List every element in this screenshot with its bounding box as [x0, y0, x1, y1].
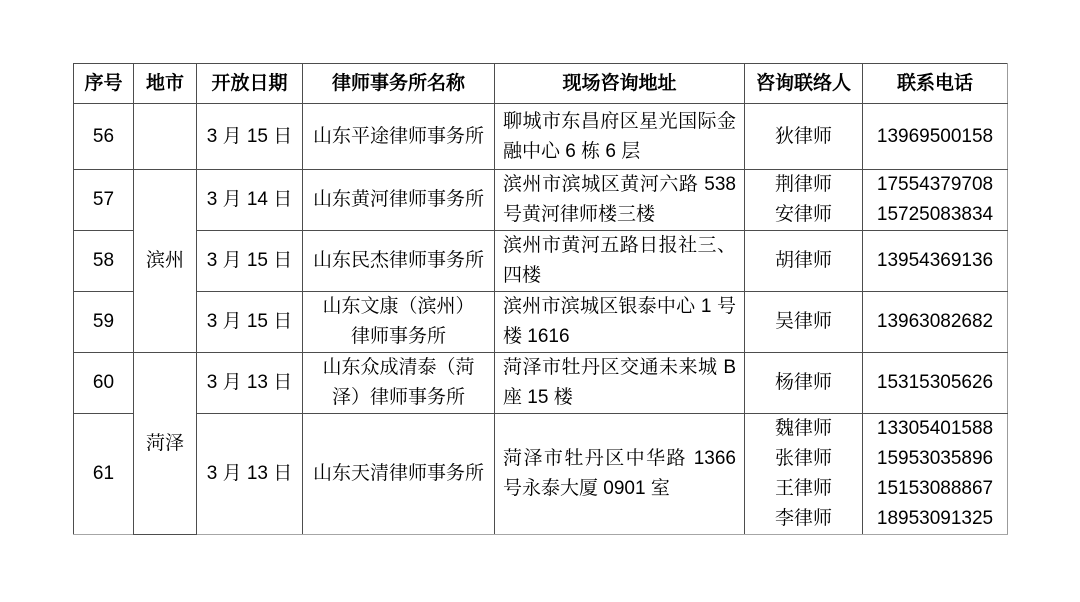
cell-date: 3 月 15 日 [197, 231, 303, 292]
header-address: 现场咨询地址 [495, 64, 745, 104]
header-city: 地市 [134, 64, 197, 104]
law-firm-table: 序号 地市 开放日期 律师事务所名称 现场咨询地址 咨询联络人 联系电话 56 … [73, 63, 1008, 535]
cell-contact: 荆律师 安律师 [745, 170, 863, 231]
cell-address: 菏泽市牡丹区交通未来城 B 座 15 楼 [495, 353, 745, 414]
cell-phone: 13969500158 [863, 104, 1008, 170]
cell-phone: 15315305626 [863, 353, 1008, 414]
cell-phone: 13954369136 [863, 231, 1008, 292]
table-row-57: 57 滨州 3 月 14 日 山东黄河律师事务所 滨州市滨城区黄河六路 538 … [74, 170, 1008, 231]
cell-contact: 魏律师 张律师 王律师 李律师 [745, 414, 863, 535]
cell-date: 3 月 14 日 [197, 170, 303, 231]
cell-phone: 17554379708 15725083834 [863, 170, 1008, 231]
cell-serial: 61 [74, 414, 134, 535]
cell-phone: 13963082682 [863, 292, 1008, 353]
cell-firm: 山东众成清泰（菏 泽）律师事务所 [303, 353, 495, 414]
cell-serial: 58 [74, 231, 134, 292]
header-serial: 序号 [74, 64, 134, 104]
cell-address: 滨州市黄河五路日报社三、四楼 [495, 231, 745, 292]
table-row-58: 58 3 月 15 日 山东民杰律师事务所 滨州市黄河五路日报社三、四楼 胡律师… [74, 231, 1008, 292]
cell-address: 聊城市东昌府区星光国际金融中心 6 栋 6 层 [495, 104, 745, 170]
cell-phone: 13305401588 15953035896 15153088867 1895… [863, 414, 1008, 535]
cell-firm: 山东民杰律师事务所 [303, 231, 495, 292]
cell-address: 滨州市滨城区黄河六路 538 号黄河律师楼三楼 [495, 170, 745, 231]
cell-date: 3 月 15 日 [197, 104, 303, 170]
cell-address: 菏泽市牡丹区中华路 1366 号永泰大厦 0901 室 [495, 414, 745, 535]
cell-city-heze: 菏泽 [134, 353, 197, 535]
header-contact: 咨询联络人 [745, 64, 863, 104]
cell-firm: 山东天清律师事务所 [303, 414, 495, 535]
table-row-59: 59 3 月 15 日 山东文康（滨州） 律师事务所 滨州市滨城区银泰中心 1 … [74, 292, 1008, 353]
cell-contact: 吴律师 [745, 292, 863, 353]
cell-contact: 杨律师 [745, 353, 863, 414]
cell-date: 3 月 13 日 [197, 414, 303, 535]
header-firm-name: 律师事务所名称 [303, 64, 495, 104]
table-row-60: 60 菏泽 3 月 13 日 山东众成清泰（菏 泽）律师事务所 菏泽市牡丹区交通… [74, 353, 1008, 414]
cell-date: 3 月 15 日 [197, 292, 303, 353]
cell-city-binzhou: 滨州 [134, 170, 197, 353]
header-open-date: 开放日期 [197, 64, 303, 104]
cell-serial: 60 [74, 353, 134, 414]
cell-serial: 59 [74, 292, 134, 353]
cell-firm: 山东平途律师事务所 [303, 104, 495, 170]
cell-contact: 狄律师 [745, 104, 863, 170]
cell-firm: 山东黄河律师事务所 [303, 170, 495, 231]
cell-date: 3 月 13 日 [197, 353, 303, 414]
cell-city [134, 104, 197, 170]
table-row-56: 56 3 月 15 日 山东平途律师事务所 聊城市东昌府区星光国际金融中心 6 … [74, 104, 1008, 170]
table-header-row: 序号 地市 开放日期 律师事务所名称 现场咨询地址 咨询联络人 联系电话 [74, 64, 1008, 104]
header-phone: 联系电话 [863, 64, 1008, 104]
cell-serial: 57 [74, 170, 134, 231]
cell-firm: 山东文康（滨州） 律师事务所 [303, 292, 495, 353]
table-row-61: 61 3 月 13 日 山东天清律师事务所 菏泽市牡丹区中华路 1366 号永泰… [74, 414, 1008, 535]
cell-contact: 胡律师 [745, 231, 863, 292]
cell-serial: 56 [74, 104, 134, 170]
cell-address: 滨州市滨城区银泰中心 1 号楼 1616 [495, 292, 745, 353]
